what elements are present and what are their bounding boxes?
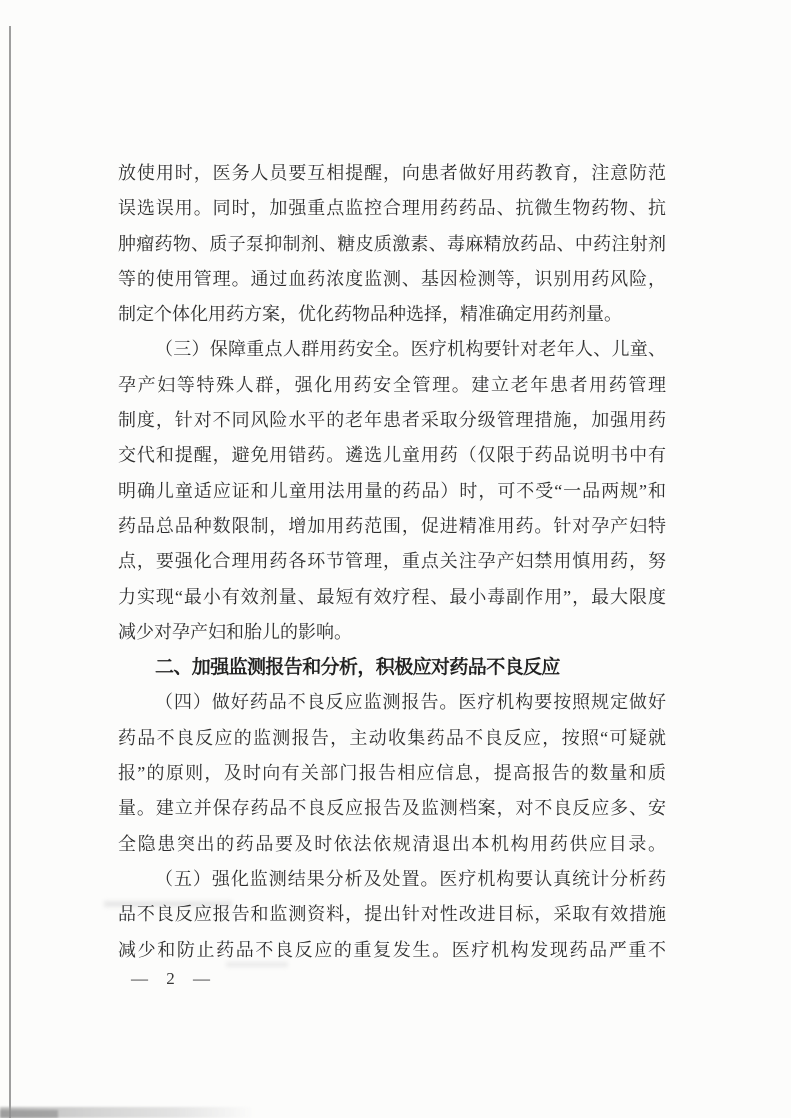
text-line: 报”的原则，及时向有关部门报告相应信息，提高报告的数量和质 xyxy=(118,756,666,791)
document-body: 放使用时，医务人员要互相提醒，向患者做好用药教育，注意防范 误选误用。同时，加强… xyxy=(118,156,666,968)
text-line: 量。建立并保存药品不良反应报告及监测档案，对不良反应多、安 xyxy=(118,791,666,826)
scan-edge-line xyxy=(9,26,11,1118)
text-line: 全隐患突出的药品要及时依法依规清退出本机构用药供应目录。 xyxy=(118,827,666,862)
text-line: 力实现“最小有效剂量、最短有效疗程、最小毒副作用”，最大限度 xyxy=(118,580,666,615)
text-line: 肿瘤药物、质子泵抑制剂、糖皮质激素、毒麻精放药品、中药注射剂 xyxy=(118,227,666,262)
text-line: 减少和防止药品不良反应的重复发生。医疗机构发现药品严重不 xyxy=(118,933,666,968)
text-line: 制度，针对不同风险水平的老年患者采取分级管理措施，加强用药 xyxy=(118,403,666,438)
text-line: 等的使用管理。通过血药浓度监测、基因检测等，识别用药风险， xyxy=(118,262,666,297)
text-line: 误选误用。同时，加强重点监控合理用药药品、抗微生物药物、抗 xyxy=(118,191,666,226)
text-line: 药品不良反应的监测报告，主动收集药品不良反应，按照“可疑就 xyxy=(118,721,666,756)
text-line: 明确儿童适应证和儿童用法用量的药品）时，可不受“一品两规”和 xyxy=(118,474,666,509)
scanned-document-page: 放使用时，医务人员要互相提醒，向患者做好用药教育，注意防范 误选误用。同时，加强… xyxy=(0,0,791,1118)
text-line: 品不良反应报告和监测资料，提出针对性改进目标，采取有效措施 xyxy=(118,897,666,932)
text-line: 孕产妇等特殊人群，强化用药安全管理。建立老年患者用药管理 xyxy=(118,368,666,403)
section-heading: 二、加强监测报告和分析，积极应对药品不良反应 xyxy=(118,650,666,685)
paragraph-start: （三）保障重点人群用药安全。医疗机构要针对老年人、儿童、 xyxy=(118,332,666,367)
text-line: 交代和提醒，避免用错药。遴选儿童用药（仅限于药品说明书中有 xyxy=(118,438,666,473)
text-line: 制定个体化用药方案，优化药物品种选择，精准确定用药剂量。 xyxy=(118,297,666,332)
text-line: 放使用时，医务人员要互相提醒，向患者做好用药教育，注意防范 xyxy=(118,156,666,191)
page-number: — 2 — xyxy=(131,969,217,989)
paragraph-start: （四）做好药品不良反应监测报告。医疗机构要按照规定做好 xyxy=(118,685,666,720)
text-line: 药品总品种数限制，增加用药范围，促进精准用药。针对孕产妇特 xyxy=(118,509,666,544)
scan-bottom-smudge xyxy=(0,1110,58,1118)
text-line: 点，要强化合理用药各环节管理，重点关注孕产妇禁用慎用药，努 xyxy=(118,544,666,579)
paragraph-start: （五）强化监测结果分析及处置。医疗机构要认真统计分析药 xyxy=(118,862,666,897)
text-line: 减少对孕产妇和胎儿的影响。 xyxy=(118,615,666,650)
